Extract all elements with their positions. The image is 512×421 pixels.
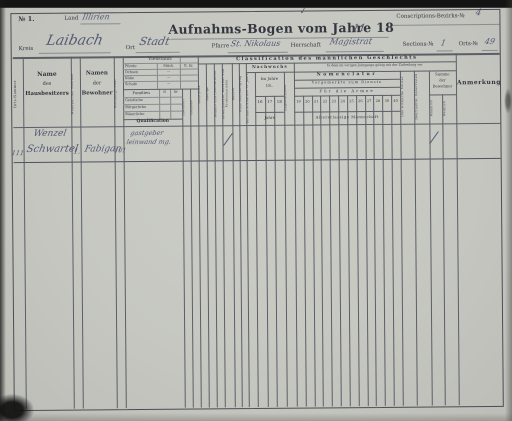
dwellings-column-label: Wohnungs-Zahl	[114, 63, 124, 123]
viehstand-dash: —	[157, 82, 180, 86]
viehstand-dash: —	[157, 76, 180, 80]
furlough-column-label: Beurlaubte, Reservisten	[415, 72, 428, 122]
owner-column-label: Hausbesitzers	[23, 92, 71, 98]
summe-header: Summe	[429, 72, 456, 76]
orts-no-value: 49	[484, 38, 496, 46]
nachwuchs-age: 17	[265, 100, 275, 110]
summe-male-label: Männlich	[430, 95, 441, 121]
nachwuchs-unit: Jahre	[255, 115, 284, 119]
herrschaft-label: Herrschaft	[291, 43, 321, 49]
title-year-value: 11	[351, 24, 366, 34]
orts-no-underline	[482, 50, 498, 51]
armee-age: 20	[303, 100, 312, 110]
pfarre-value: St. Nikolaus	[230, 40, 281, 48]
armee-age: 27	[365, 100, 374, 110]
house-number-column-label: Orts-Nummer	[13, 64, 24, 124]
land-value: Illirien	[82, 13, 111, 21]
nachwuchs-box-label: Im Jahre	[255, 77, 284, 81]
herrschaft-value: Magistrat	[329, 38, 373, 47]
armee-age: 22	[321, 100, 330, 110]
viehstand-dash: —	[157, 70, 180, 74]
viehstand-row-label: Schafe	[125, 83, 137, 87]
ort-label: Ort	[126, 46, 135, 52]
conscription-district-label: Conscriptions-Bezirks-№	[396, 14, 464, 20]
military-column-label: Das wirkliche Militär	[401, 72, 413, 122]
ort-value: Stadt	[138, 36, 170, 47]
nachwuchs-age: 18	[274, 100, 284, 110]
armee-age: 24	[338, 100, 347, 110]
armee-age: 40	[391, 99, 400, 109]
entry-party-number: 1.	[73, 149, 81, 156]
summe-header: Bewohner	[429, 84, 456, 88]
paper-sheet: № 1. Land Illirien Aufnahms-Bogen vom Ja…	[0, 0, 512, 421]
viehstand-title: Viehstand:	[123, 57, 198, 62]
zugewachsene-column-label: Zugewachsene	[284, 73, 294, 123]
summe-female-label: Weiblich	[443, 95, 455, 121]
armee-age: 21	[312, 100, 321, 110]
armee-age: 23	[329, 100, 338, 110]
sections-underline	[437, 50, 453, 51]
anmerkung-column-label: Anmerkung	[456, 80, 502, 86]
entry-owner-first-name: Wenzel	[33, 130, 67, 139]
familien-row-label: Bürgerliche	[125, 105, 146, 109]
nachwuchs-side-label: Bis zum Schluß des 15. Jahrs	[246, 73, 255, 123]
summe-header: der	[429, 78, 456, 82]
gesinde-column-label: Gesinde	[190, 91, 198, 124]
nachwuchs-age: 16	[255, 100, 265, 110]
armee-age: 26	[356, 100, 365, 110]
owner-column-label: Name	[23, 72, 71, 78]
armee-age: 19	[294, 100, 303, 110]
entry-dwelling-number: 101	[114, 148, 127, 154]
familien-col-kr: kr	[170, 90, 182, 94]
familien-row-label: Bäuerliche	[125, 113, 144, 117]
inwohner-column-label: Inwohner	[182, 91, 190, 124]
viehstand-row-label: Ochsen	[125, 71, 138, 75]
qualification-label: Qualification	[123, 120, 182, 125]
residents-column-label: Namen	[80, 71, 114, 77]
viehstand-unit-header: Stück	[157, 64, 180, 68]
owner-column-label: des	[23, 82, 71, 87]
nachwuchs-title: Nachwuchs	[246, 64, 294, 69]
form-number: № 1.	[18, 16, 34, 23]
armee-age: 30	[382, 99, 391, 109]
orts-no-label: Orts-№	[459, 42, 478, 48]
viehstand-row-label: Kühe	[125, 77, 134, 81]
nomenclatur-label: Nomenclatur	[294, 72, 400, 77]
armee-age-row: 19 20 21 22 23 24 25 26 27 28 30 40	[294, 99, 400, 110]
nachwuchs-box-label: 18..	[255, 84, 284, 88]
kreis-label: Kreis	[19, 47, 34, 53]
armee-age: 28	[374, 99, 383, 109]
residents-column-label: Bewohner	[80, 91, 114, 97]
familien-title: Familien	[123, 90, 159, 94]
nachwuchs-age-row: 16 17 18	[255, 100, 284, 110]
entry-qualification-line: gastgeber	[130, 130, 164, 137]
kreis-value: Laibach	[45, 33, 104, 48]
land-label: Land	[64, 17, 78, 23]
residents-column-label: der	[80, 81, 114, 86]
viehstand-money-header: fl. kr.	[180, 64, 198, 68]
familien-row-label: Geistliche	[125, 99, 143, 103]
familien-col-fl: fl	[159, 90, 170, 94]
sections-label: Sections-№	[403, 42, 434, 48]
entry-house-number: 111	[11, 150, 25, 157]
armee-age: 25	[347, 100, 356, 110]
entry-qualification-line: leinwand mg.	[126, 139, 172, 146]
entry-owner-last-name: Schwartel	[26, 145, 79, 155]
class-column-label: Gewerbsleute, Künstler und Professionist…	[222, 64, 233, 123]
scanned-conscription-form: № 1. Land Illirien Aufnahms-Bogen vom Ja…	[0, 0, 512, 421]
pfarre-label: Pfarre	[212, 44, 230, 50]
viehstand-row-label: Pferde	[125, 65, 137, 69]
